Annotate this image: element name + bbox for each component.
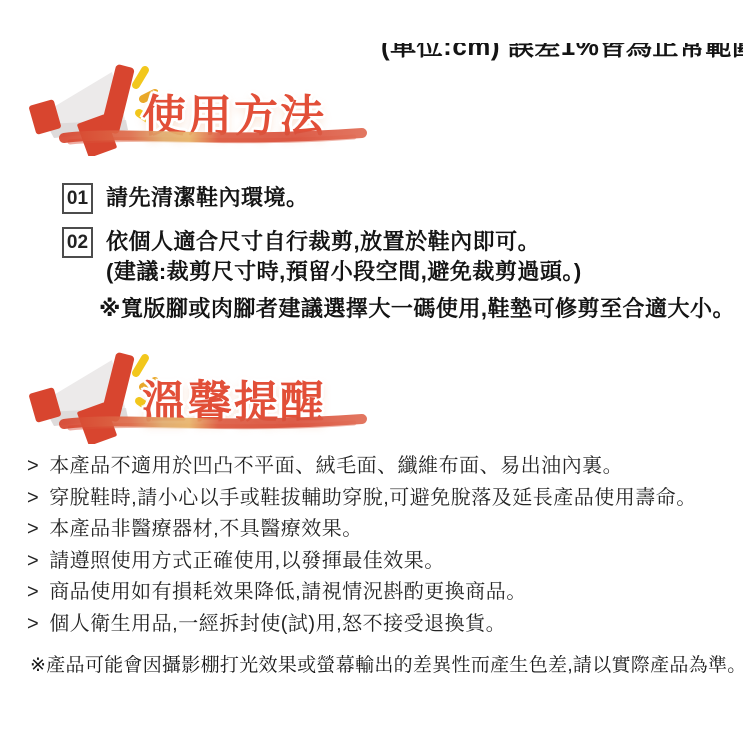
list-item: > 本產品不適用於凹凸不平面、絨毛面、纖維布面、易出油內裏。 — [27, 451, 737, 483]
bullet-prefix: > — [27, 577, 39, 609]
reminder-text: 穿脫鞋時,請小心以手或鞋拔輔助穿脫,可避免脫落及延長產品使用壽命。 — [49, 483, 697, 515]
list-item: > 穿脫鞋時,請小心以手或鞋拔輔助穿脫,可避免脫落及延長產品使用壽命。 — [27, 483, 737, 515]
list-item: > 本產品非醫療器材,不具醫療效果。 — [27, 514, 737, 546]
bullet-prefix: > — [27, 483, 39, 515]
usage-step-1: 01 請先清潔鞋內環境。 — [62, 183, 309, 214]
bullet-prefix: > — [27, 546, 39, 578]
usage-step-2: 02 依個人適合尺寸自行裁剪,放置於鞋內即可。 (建議:裁剪尺寸時,預留小段空間… — [62, 227, 582, 287]
brush-underline — [58, 120, 370, 150]
step-number-badge: 02 — [62, 227, 93, 258]
reminder-text: 本產品非醫療器材,不具醫療效果。 — [49, 514, 363, 546]
step-line: (建議:裁剪尺寸時,預留小段空間,避免裁剪過頭。) — [106, 257, 582, 287]
list-item: > 個人衛生用品,一經拆封使(試)用,怒不接受退換貨。 — [27, 609, 737, 641]
sizing-note: ※寬版腳或肉腳者建議選擇大一碼使用,鞋墊可修剪至合適大小。 — [99, 292, 735, 323]
reminder-text: 個人衛生用品,一經拆封使(試)用,怒不接受退換貨。 — [49, 609, 506, 641]
reminder-text: 商品使用如有損耗效果降低,請視情況斟酌更換商品。 — [49, 577, 527, 609]
bullet-prefix: > — [27, 451, 39, 483]
bullet-prefix: > — [27, 609, 39, 641]
bullet-prefix: > — [27, 514, 39, 546]
brush-underline — [58, 406, 370, 436]
size-tolerance-note: (單位:cm) 誤差1%皆為正常範圍 — [381, 43, 743, 66]
reminder-list: > 本產品不適用於凹凸不平面、絨毛面、纖維布面、易出油內裏。 > 穿脫鞋時,請小… — [27, 451, 737, 640]
step-line: 請先清潔鞋內環境。 — [106, 183, 309, 213]
top-note-clipped: (單位:cm) 誤差1%皆為正常範圍 — [381, 43, 743, 68]
color-difference-note: ※產品可能會因攝影棚打光效果或螢幕輸出的差異性而產生色差,請以實際產品為準。 — [30, 650, 746, 677]
list-item: > 商品使用如有損耗效果降低,請視情況斟酌更換商品。 — [27, 577, 737, 609]
reminder-text: 本產品不適用於凹凸不平面、絨毛面、纖維布面、易出油內裏。 — [49, 451, 623, 483]
reminder-text: 請遵照使用方式正確使用,以發揮最佳效果。 — [49, 546, 445, 578]
step-number-badge: 01 — [62, 183, 93, 214]
list-item: > 請遵照使用方式正確使用,以發揮最佳效果。 — [27, 546, 737, 578]
product-info-page: (單位:cm) 誤差1%皆為正常範圍 使用方法 — [0, 0, 746, 746]
step-line: 依個人適合尺寸自行裁剪,放置於鞋內即可。 — [106, 227, 582, 257]
